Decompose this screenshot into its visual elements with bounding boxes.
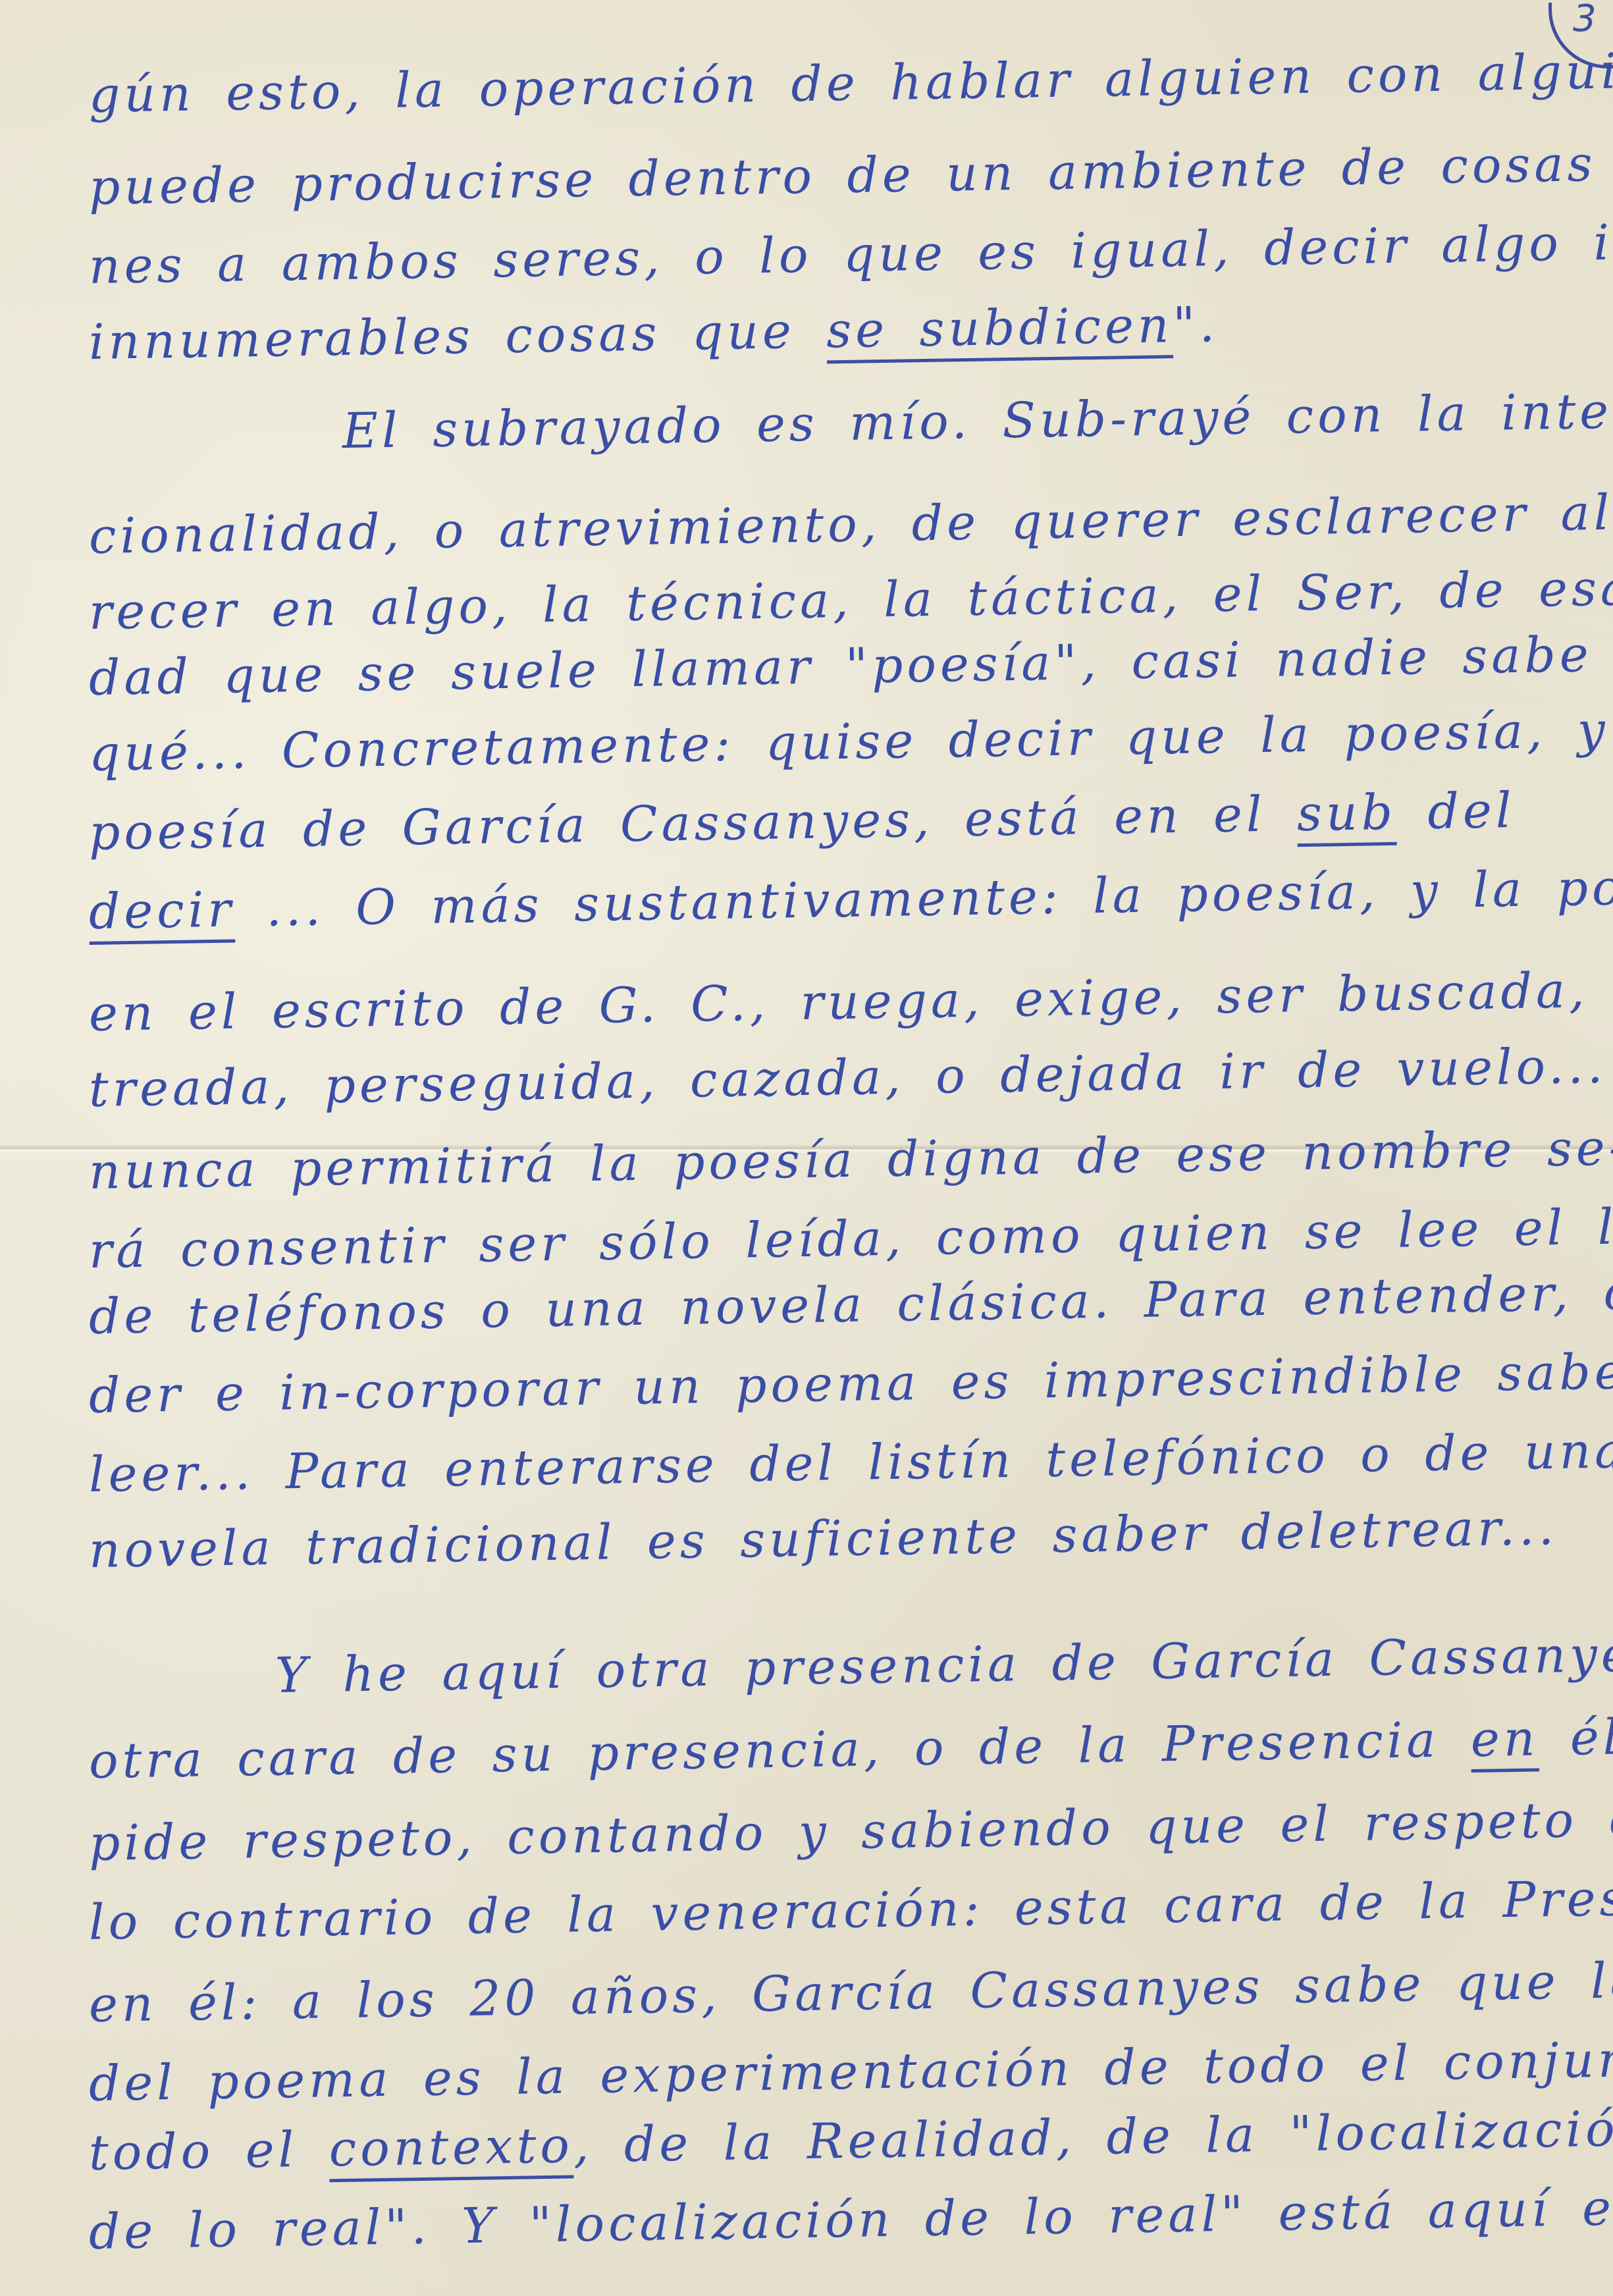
underlined-word: en — [1470, 1710, 1539, 1768]
underlined-word: decir — [88, 882, 235, 940]
line-text: del — [1396, 782, 1516, 841]
page-number: 3 — [1573, 0, 1597, 40]
line-text: todo el — [88, 2121, 329, 2181]
line-text: ". — [1173, 296, 1219, 354]
underlined-word: se subdicen — [826, 297, 1174, 359]
line-text: innumerables cosas que — [88, 302, 827, 371]
underlined-word: sub — [1296, 784, 1396, 842]
underlined-word: contexto — [329, 2117, 574, 2177]
line-text: él, que — [1539, 1707, 1613, 1767]
